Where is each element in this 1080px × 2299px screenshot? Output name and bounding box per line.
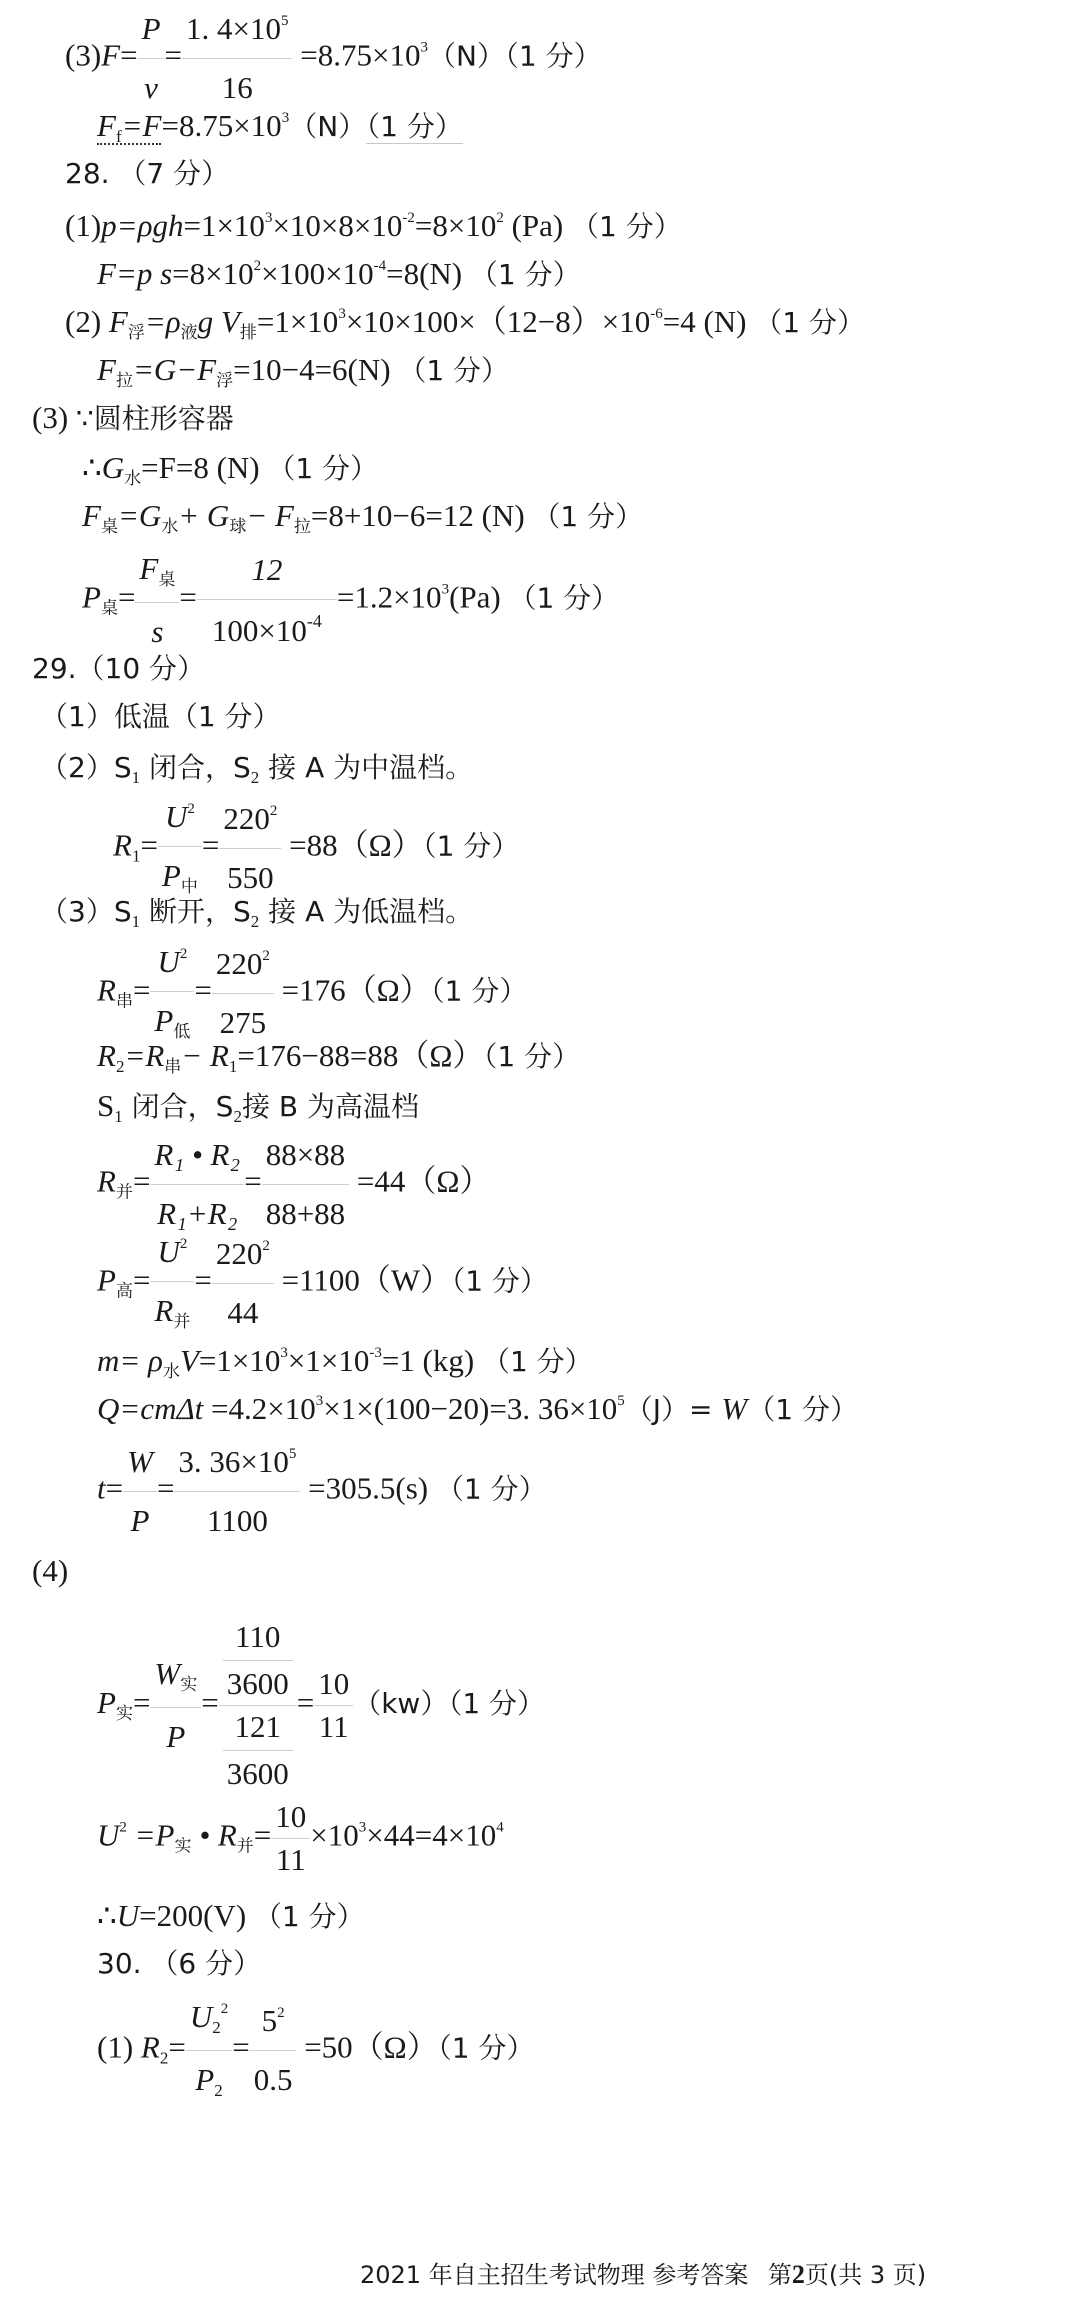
exponent: 2 xyxy=(119,1820,127,1836)
subscript: 串 xyxy=(164,1057,181,1076)
unit: (Pa) xyxy=(449,580,501,615)
var-m: m xyxy=(97,1343,119,1378)
prefix: S xyxy=(97,1088,114,1123)
numerator: U2 xyxy=(150,945,194,992)
score: （1 分） xyxy=(532,500,643,533)
numerator: 1. 4×105 xyxy=(182,12,292,59)
formula: =p s xyxy=(116,256,172,291)
var-q: Q xyxy=(97,1391,119,1426)
q29-p3-eq2: R2=R串− R1=176−88=88（Ω）（1 分） xyxy=(97,1040,580,1075)
formula: =ρgh xyxy=(117,208,184,243)
numerator: U22 xyxy=(186,2000,232,2051)
q28-p3-line1: ∴G水=F=8 (N) （1 分） xyxy=(82,452,378,487)
fraction-w-over-p: WP xyxy=(123,1445,157,1538)
result: =8.75×10 xyxy=(161,108,281,143)
calc: ×44=4×10 xyxy=(366,1818,496,1853)
q29-p3-eq3: R并=R₁ • R₂R₁+R₂=88×8888+88 =44（Ω） xyxy=(97,1138,490,1231)
denominator: 11 xyxy=(314,1706,353,1744)
score: （1 分） xyxy=(483,1040,580,1073)
eq-f: =F xyxy=(122,108,162,143)
var-r: R xyxy=(141,2029,160,2064)
exponent: -2 xyxy=(402,210,415,226)
subscript: 拉 xyxy=(294,517,311,536)
page-footer: 2021 年自主招生考试物理 参考答案 第2页(共 3 页) xyxy=(360,2262,926,2288)
numerator: R₁ • R₂ xyxy=(150,1138,244,1185)
q30-p1-eq: (1) R2=U22P2=520.5 =50（Ω）（1 分） xyxy=(97,2000,534,2100)
denominator: P xyxy=(150,1708,201,1754)
result: =8(N) xyxy=(386,256,462,291)
q29-heading: 29.（10 分） xyxy=(32,655,205,683)
q28-p3-line2: F桌=G水+ G球− F拉=8+10−6=12 (N) （1 分） xyxy=(82,500,643,535)
num-text: 220 xyxy=(216,946,263,981)
var-u: U xyxy=(97,1818,119,1853)
subscript: 实 xyxy=(175,1837,192,1856)
q29-p4-eq2: U2 =P实 • R并=1011×103×44=4×104 xyxy=(97,1800,504,1877)
page-number: 2 xyxy=(792,2260,805,2289)
formula: − F xyxy=(246,498,294,533)
exponent: 3 xyxy=(420,40,428,56)
den-text: P xyxy=(154,1003,173,1038)
subscript: 1 xyxy=(132,912,141,931)
q29-p3-eq4: P高=U2R并=220244 =1100（W）（1 分） xyxy=(97,1235,548,1332)
numerator: U2 xyxy=(150,1235,194,1282)
q29-p3-eq5: m= ρ水V=1×103×1×10-3=1 (kg) （1 分） xyxy=(97,1345,593,1380)
formula: =P xyxy=(127,1818,175,1853)
subscript: 中 xyxy=(181,877,198,896)
score: （1 分） xyxy=(508,582,619,615)
result: =1.2×10 xyxy=(337,580,442,615)
subscript: 桌 xyxy=(101,517,118,536)
exponent: -6 xyxy=(650,306,663,322)
prefix: （3）S xyxy=(40,895,132,928)
q28-p1-line1: (1)p=ρgh=1×103×10×8×10-2=8×102 (Pa) （1 分… xyxy=(65,210,682,241)
calc: =1×10 xyxy=(257,304,338,339)
var-r: R xyxy=(97,1038,116,1073)
subscript: 并 xyxy=(173,1312,190,1331)
exponent: 5 xyxy=(289,1446,297,1462)
score: （1 分） xyxy=(366,110,463,144)
result: =88（Ω） xyxy=(289,828,423,863)
prefix: （2）S xyxy=(40,751,132,784)
q29-p3-eq7: t=WP=3. 36×1051100 =305.5(s) （1 分） xyxy=(97,1445,547,1538)
var-p: P xyxy=(97,1263,116,1298)
ff-underlined: Ff=F xyxy=(97,108,161,145)
calc: =8×10 xyxy=(415,208,496,243)
unit: （N） xyxy=(428,40,505,73)
exponent: 2 xyxy=(496,210,504,226)
calc: ×1×10 xyxy=(288,1343,369,1378)
formula: • R xyxy=(192,1818,237,1853)
calc: ×10 xyxy=(310,1818,358,1853)
part-label: (1) xyxy=(65,208,101,243)
num-text: W xyxy=(154,1656,180,1691)
subscript: 高 xyxy=(116,1282,133,1301)
var-r: R xyxy=(97,1164,116,1199)
subscript: 水 xyxy=(163,1362,180,1381)
numerator: 121 xyxy=(223,1710,293,1751)
formula: + G xyxy=(178,498,229,533)
text: 接 A 为中温档。 xyxy=(259,751,473,784)
denominator: v xyxy=(138,59,165,105)
fraction-w-over-p: W实P xyxy=(150,1657,201,1754)
exponent: 5 xyxy=(617,1393,625,1409)
rho: = ρ xyxy=(119,1343,163,1378)
page-prefix: 第 xyxy=(768,2261,792,2289)
var-r: R xyxy=(113,828,132,863)
denominator: R₁+R₂ xyxy=(150,1185,244,1231)
therefore-symbol: ∴ xyxy=(82,450,102,485)
subscript: 1 xyxy=(114,1107,123,1126)
var-p: P xyxy=(97,1685,116,1720)
numerator: 110 xyxy=(223,1620,293,1661)
score: （1 分） xyxy=(747,1393,858,1426)
exponent: 4 xyxy=(496,1820,504,1836)
calc: =8×10 xyxy=(172,256,253,291)
result: =8+10−6=12 (N) xyxy=(311,498,525,533)
calc: =1×10 xyxy=(183,208,264,243)
denominator: 3600 xyxy=(223,1751,293,1791)
subscript: 实 xyxy=(180,1675,197,1694)
part-label: (3) xyxy=(32,400,68,435)
subscript: 2 xyxy=(251,768,260,787)
exponent: 3 xyxy=(280,1345,288,1361)
den-text: P xyxy=(195,2062,214,2097)
subscript: 水 xyxy=(124,469,141,488)
exponent: 2 xyxy=(270,803,278,819)
var-f: F xyxy=(97,108,116,143)
denominator: 16 xyxy=(182,59,292,105)
score: （1 分） xyxy=(571,210,682,243)
subscript: 并 xyxy=(237,1837,254,1856)
page-suffix: 页(共 3 页) xyxy=(805,2261,926,2289)
exponent: 2 xyxy=(180,1236,188,1252)
q29-p3-heading: （3）S1 断开，S2 接 A 为低温档。 xyxy=(40,895,473,930)
text: 闭合，S xyxy=(123,1090,234,1123)
numerator: 10 xyxy=(271,1800,310,1839)
q29-p4-eq3: ∴U=200(V) （1 分） xyxy=(97,1900,365,1931)
var-p: P xyxy=(82,580,101,615)
score: （1 分） xyxy=(438,2031,535,2064)
q28-heading: 28. （7 分） xyxy=(65,160,229,188)
exponent: -4 xyxy=(374,258,387,274)
inner-fraction-bottom: 1213600 xyxy=(223,1710,293,1791)
calc: ×10×8×10 xyxy=(272,208,402,243)
subscript: 实 xyxy=(116,1704,133,1723)
numerator: 88×88 xyxy=(262,1138,349,1185)
fraction-r1r2: R₁ • R₂R₁+R₂ xyxy=(150,1138,244,1231)
result: =176−88=88（Ω） xyxy=(237,1038,483,1073)
denominator: 11 xyxy=(271,1839,310,1877)
subscript: 1 xyxy=(132,768,141,787)
numerator: 10 xyxy=(314,1667,353,1706)
denominator: R并 xyxy=(150,1282,194,1332)
numerator: 12 xyxy=(197,553,337,600)
q27-part3-eq2: Ff=F=8.75×103（N）（1 分） xyxy=(97,110,463,145)
q29-p3-eq1: R串=U2P低=2202275 =176（Ω）（1 分） xyxy=(97,945,527,1042)
denominator: 88+88 xyxy=(262,1185,349,1231)
q29-p4-eq1: P实=W实P= 1103600 1213600 =1011（kw）（1 分） xyxy=(97,1620,545,1791)
numerator: P xyxy=(138,12,165,59)
fraction-f-over-s: F桌s xyxy=(135,552,179,649)
calc: =1×10 xyxy=(199,1343,280,1378)
var-r: R xyxy=(97,973,116,1008)
numerator: F桌 xyxy=(135,552,179,603)
unit: (Pa) xyxy=(504,208,563,243)
num-text: U xyxy=(157,1234,179,1269)
q29-p1: （1）低温（1 分） xyxy=(40,703,281,731)
formula: =G−F xyxy=(133,352,216,387)
g-v: g V xyxy=(198,304,240,339)
q30-heading: 30. （6 分） xyxy=(97,1950,261,1978)
result: =50（Ω） xyxy=(304,2029,438,2064)
exponent: 2 xyxy=(187,801,195,817)
rho: =ρ xyxy=(145,304,181,339)
denominator: 100×10-4 xyxy=(197,600,337,648)
outer-denominator: 1213600 xyxy=(219,1706,297,1791)
unit: （kw） xyxy=(353,1687,448,1720)
score: （1 分） xyxy=(436,1473,547,1506)
subscript: 排 xyxy=(240,323,257,342)
denominator: 550 xyxy=(219,849,281,895)
var-t: t xyxy=(97,1471,106,1506)
num-text: U xyxy=(157,944,179,979)
text: ∵圆柱形容器 xyxy=(76,402,234,435)
subscript: 2 xyxy=(233,1107,242,1126)
num-text: 220 xyxy=(216,1236,263,1271)
var-p: p xyxy=(101,208,117,243)
text: 接 A 为低温档。 xyxy=(259,895,473,928)
num-text: 3. 36×10 xyxy=(178,1444,288,1479)
var-f: F xyxy=(97,256,116,291)
denominator: 3600 xyxy=(223,1661,293,1701)
fraction-value: 12100×10-4 xyxy=(197,553,337,648)
denominator: 275 xyxy=(212,994,274,1040)
fraction-value: 2202550 xyxy=(219,802,281,895)
num-text: F xyxy=(139,551,158,586)
text: 闭合，S xyxy=(140,751,251,784)
exponent: 2 xyxy=(277,2005,285,2021)
score: （1 分） xyxy=(431,975,528,1008)
numerator: 2202 xyxy=(219,802,281,849)
score: （1 分） xyxy=(423,830,520,863)
score: （1 分） xyxy=(448,1687,545,1720)
part-label: (3) xyxy=(65,38,101,73)
fraction-value: 220244 xyxy=(212,1237,274,1330)
text: 断开，S xyxy=(140,895,251,928)
numerator: 2202 xyxy=(212,947,274,994)
num-text: U xyxy=(190,1999,212,2034)
fraction-value: 520.5 xyxy=(250,2004,297,2097)
exponent: 2 xyxy=(262,1238,270,1254)
num-text: 1. 4×10 xyxy=(186,11,281,46)
numerator: 3. 36×105 xyxy=(174,1445,300,1492)
subscript: 浮 xyxy=(128,323,145,342)
result: =F=8 (N) xyxy=(141,450,260,485)
var-f: F xyxy=(82,498,101,533)
var-f: F xyxy=(101,38,120,73)
subscript: 串 xyxy=(116,992,133,1011)
q28-p2-line2: F拉=G−F浮=10−4=6(N) （1 分） xyxy=(97,354,509,389)
num-text: 220 xyxy=(223,801,270,836)
formula: =G xyxy=(118,498,161,533)
exponent: 2 xyxy=(180,946,188,962)
result: =1 (kg) xyxy=(382,1343,474,1378)
var-u: U xyxy=(117,1898,139,1933)
denominator: P xyxy=(123,1492,157,1538)
fraction-u2-over-p: U2P低 xyxy=(150,945,194,1042)
exponent: 3 xyxy=(338,306,346,322)
subscript: 桌 xyxy=(158,570,175,589)
den-text: R xyxy=(154,1293,173,1328)
numerator: U2 xyxy=(158,800,202,847)
q29-p3-eq6: Q=cmΔt =4.2×103×1×(100−20)=3. 36×105（J）=… xyxy=(97,1393,858,1424)
subscript: 水 xyxy=(161,517,178,536)
fraction-value: 1. 4×10516 xyxy=(182,12,292,105)
calc: ×100×10 xyxy=(261,256,373,291)
subscript: 液 xyxy=(181,323,198,342)
q28-p3-line3: P桌=F桌s=12100×10-4=1.2×103(Pa) （1 分） xyxy=(82,552,619,649)
q29-p2-heading: （2）S1 闭合，S2 接 A 为中温档。 xyxy=(40,751,473,786)
q28-p3-heading: (3) ∵圆柱形容器 xyxy=(32,402,234,433)
fraction-value: 2202275 xyxy=(212,947,274,1040)
var-f: F xyxy=(97,352,116,387)
exponent: 2 xyxy=(262,948,270,964)
fraction-u2-over-p: U2P中 xyxy=(158,800,202,897)
score: （1 分） xyxy=(754,306,865,339)
var-v: V xyxy=(180,1343,199,1378)
var-w: W xyxy=(721,1391,747,1426)
therefore-symbol: ∴ xyxy=(97,1898,117,1933)
footer-title: 2021 年自主招生考试物理 参考答案 xyxy=(360,2261,748,2289)
denominator: P2 xyxy=(186,2051,232,2101)
q28-p1-line2: F=p s=8×102×100×10-4=8(N) （1 分） xyxy=(97,258,581,289)
numerator: 52 xyxy=(250,2004,297,2051)
subscript: 球 xyxy=(229,517,246,536)
denominator: s xyxy=(135,603,179,649)
unit: （J）= xyxy=(625,1393,722,1426)
var-f: F xyxy=(109,304,128,339)
fraction-10-11: 1011 xyxy=(271,1800,310,1877)
subscript: 2 xyxy=(214,2081,223,2100)
score: （1 分） xyxy=(254,1900,365,1933)
subscript: 2 xyxy=(251,912,260,931)
q28-p2-line1: (2) F浮=ρ液g V排=1×103×10×100×（12−8）×10-6=4… xyxy=(65,306,865,341)
fraction-u2-over-p2: U22P2 xyxy=(186,2000,232,2100)
fraction-value: 88×8888+88 xyxy=(262,1138,349,1231)
score: （1 分） xyxy=(470,258,581,291)
exponent: 2 xyxy=(221,2001,229,2017)
denominator: 0.5 xyxy=(250,2051,297,2097)
formula: − R xyxy=(181,1038,229,1073)
calc: =4.2×10 xyxy=(203,1391,315,1426)
fraction-value: 3. 36×1051100 xyxy=(174,1445,300,1538)
score: （1 分） xyxy=(505,40,602,73)
formula: =cmΔt xyxy=(119,1391,203,1426)
var-g: G xyxy=(102,450,124,485)
num-text: 5 xyxy=(262,2003,278,2038)
fraction-p-over-v: Pv xyxy=(138,12,165,105)
score: （1 分） xyxy=(451,1265,548,1298)
denominator: 1100 xyxy=(174,1492,300,1538)
calc: ×1×(100−20)=3. 36×10 xyxy=(323,1391,617,1426)
result: =200(V) xyxy=(139,1898,246,1933)
score: （1 分） xyxy=(398,354,509,387)
denominator: 44 xyxy=(212,1284,274,1330)
num-text: U xyxy=(165,799,187,834)
text: 接 B 为高温档 xyxy=(242,1090,419,1123)
q29-p3-line3: S1 闭合，S2接 B 为高温档 xyxy=(97,1090,419,1125)
result: =4 (N) xyxy=(663,304,747,339)
subscript: 拉 xyxy=(116,371,133,390)
denominator: P中 xyxy=(158,847,202,897)
subscript: 并 xyxy=(116,1183,133,1202)
part-label: (1) xyxy=(97,2029,141,2064)
formula: =R xyxy=(124,1038,164,1073)
numerator: W xyxy=(123,1445,157,1492)
subscript: 浮 xyxy=(216,371,233,390)
score: （1 分） xyxy=(482,1345,593,1378)
inner-fraction-top: 1103600 xyxy=(223,1620,293,1701)
fraction-u2-over-r: U2R并 xyxy=(150,1235,194,1332)
den-text: 100×10 xyxy=(212,613,307,648)
part-label: (2) xyxy=(65,304,109,339)
q29-p2-eq: R1=U2P中=2202550 =88（Ω）（1 分） xyxy=(113,800,519,897)
result: =1100（W） xyxy=(282,1263,452,1298)
exponent: -3 xyxy=(369,1345,382,1361)
exponent: -4 xyxy=(307,611,322,631)
result: =176（Ω） xyxy=(282,973,431,1008)
fraction-10-11: 1011 xyxy=(314,1667,353,1744)
numerator: W实 xyxy=(150,1657,201,1708)
result: =305.5(s) xyxy=(308,1471,428,1506)
unit: （N） xyxy=(289,110,366,143)
subscript: 1 xyxy=(132,847,141,866)
result: =44（Ω） xyxy=(357,1164,491,1199)
exponent: 3 xyxy=(442,582,450,598)
den-text: P xyxy=(162,858,181,893)
result: =10−4=6(N) xyxy=(233,352,390,387)
subscript: 桌 xyxy=(101,599,118,618)
subscript: 2 xyxy=(212,2018,221,2037)
exponent: 5 xyxy=(281,13,289,29)
denominator: P低 xyxy=(150,992,194,1042)
score: （1 分） xyxy=(267,452,378,485)
compound-fraction: 1103600 1213600 xyxy=(219,1620,297,1791)
calc: ×10×100×（12−8）×10 xyxy=(346,304,650,339)
result: =8.75×10 xyxy=(300,38,420,73)
q27-part3-eq1: (3)F=Pv=1. 4×10516 =8.75×103（N）（1 分） xyxy=(65,12,602,105)
numerator: 2202 xyxy=(212,1237,274,1284)
subscript: 2 xyxy=(160,2048,169,2067)
outer-numerator: 1103600 xyxy=(219,1620,297,1706)
q29-p4-label: (4) xyxy=(32,1555,68,1586)
